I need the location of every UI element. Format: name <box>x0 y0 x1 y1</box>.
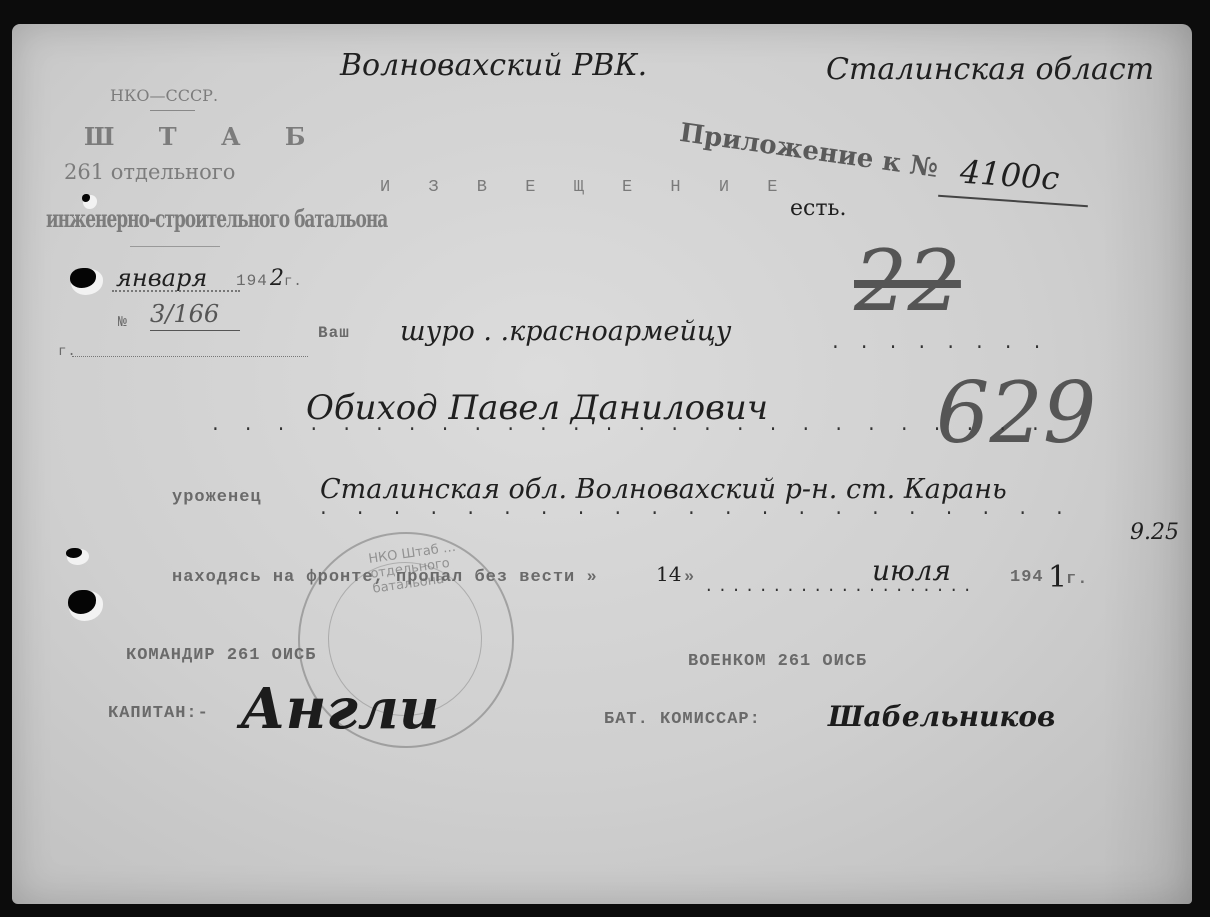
birthplace-label: уроженец <box>172 488 262 507</box>
addressee-prefix: Ваш <box>318 324 350 342</box>
birthplace-note: 9.25 <box>1130 520 1179 545</box>
soldier-name: Обиход Павел Данилович <box>306 388 768 428</box>
stamp-date-year-hand: 2 <box>270 266 284 291</box>
missing-year-hand: 1 <box>1048 560 1067 595</box>
commissar-title: ВОЕНКОМ 261 ОИСБ <box>688 652 867 671</box>
commander-rank: КАПИТАН:- <box>108 704 209 723</box>
stamp-rule-2 <box>130 246 220 247</box>
stamp-date-year-suffix: г. <box>284 274 303 290</box>
stamp-number-value: 3/166 <box>150 300 219 328</box>
missing-quote-close: » <box>684 568 695 587</box>
commissar-rank: БАТ. КОМИССАР: <box>604 710 761 729</box>
stamp-unit: 261 отдельного <box>64 160 235 184</box>
stamp-nko: НКО—СССР. <box>110 86 218 105</box>
document-title: И З В Е Щ Е Н И Е <box>380 178 791 197</box>
stamp-date-year-prefix: 194 <box>236 272 268 290</box>
stamp-number-rule <box>150 330 240 331</box>
missing-year-suffix: г. <box>1066 570 1088 589</box>
missing-day: 14 <box>656 562 681 586</box>
stamp-rule-1 <box>150 110 195 111</box>
birthplace-value: Сталинская обл. Волновахский р-н. ст. Ка… <box>320 474 1007 505</box>
stamp-shtab: Ш Т А Б <box>84 122 323 151</box>
header-oblast: Сталинская област <box>826 52 1154 87</box>
missing-dots: .................... <box>704 578 976 596</box>
missing-year-prefix: 194 <box>1010 568 1044 587</box>
missing-text: находясь на фронте, пропал без вести » <box>172 568 598 587</box>
appendix-number: 4100с <box>959 153 1061 198</box>
round-seal-text: НКО Штаб … отдельного батальона <box>368 532 515 596</box>
pencil-number: 629 <box>936 364 1096 462</box>
title-note: есть. <box>790 196 846 221</box>
pencil-crossed-number: 22 <box>854 232 961 330</box>
commissar-signature: Шабельников <box>828 700 1055 733</box>
stamp-city-prefix: г. <box>58 344 77 360</box>
commander-title: КОМАНДИР 261 ОИСБ <box>126 646 316 665</box>
commander-signature: Англи <box>240 676 440 742</box>
addressee-rank: шуро . .красноармейцу <box>400 316 731 347</box>
stamp-city-dots <box>72 356 308 357</box>
stamp-number-prefix: № <box>118 314 128 331</box>
addressee-dots: ........ <box>830 334 1060 354</box>
stamp-date-month: января <box>116 264 207 292</box>
header-rvk: Волновахский РВК. <box>340 48 647 83</box>
stamp-battalion: инженерно-строительного батальона <box>46 206 387 234</box>
stamp-date-dots <box>112 290 240 292</box>
